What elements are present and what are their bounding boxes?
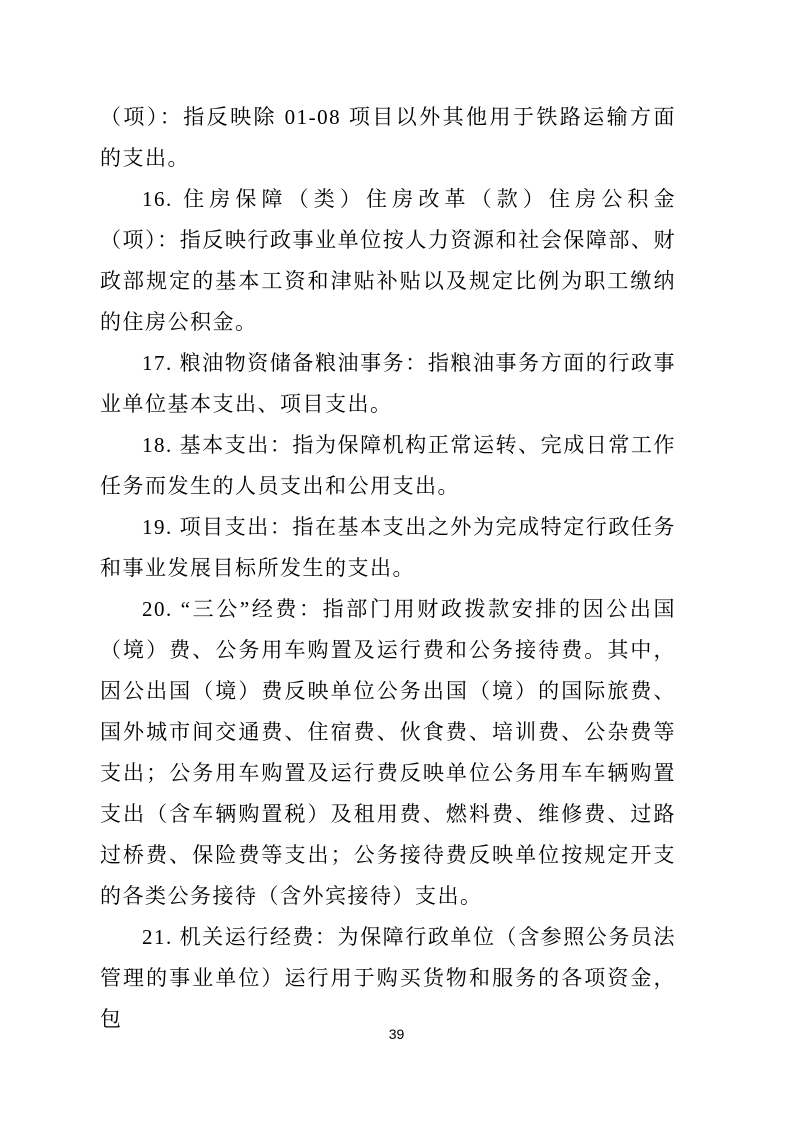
- document-page: （项）：指反映除 01-08 项目以外其他用于铁路运输方面的支出。 16. 住房…: [0, 0, 793, 1122]
- paragraph-item-17: 17. 粮油物资储备粮油事务：指粮油事务方面的行政事业单位基本支出、项目支出。: [100, 343, 676, 425]
- document-body: （项）：指反映除 01-08 项目以外其他用于铁路运输方面的支出。 16. 住房…: [100, 97, 676, 1040]
- paragraph-item-16: 16. 住房保障（类）住房改革（款）住房公积金（项）：指反映行政事业单位按人力资…: [100, 179, 676, 343]
- paragraph-item-21: 21. 机关运行经费：为保障行政单位（含参照公务员法管理的事业单位）运行用于购买…: [100, 917, 676, 1040]
- paragraph-item-18: 18. 基本支出：指为保障机构正常运转、完成日常工作任务而发生的人员支出和公用支…: [100, 425, 676, 507]
- page-number: 39: [0, 1026, 793, 1042]
- paragraph-item-19: 19. 项目支出：指在基本支出之外为完成特定行政任务和事业发展目标所发生的支出。: [100, 507, 676, 589]
- paragraph-continuation-item-15: （项）：指反映除 01-08 项目以外其他用于铁路运输方面的支出。: [100, 97, 676, 179]
- paragraph-item-20: 20. “三公”经费：指部门用财政拨款安排的因公出国（境）费、公务用车购置及运行…: [100, 589, 676, 917]
